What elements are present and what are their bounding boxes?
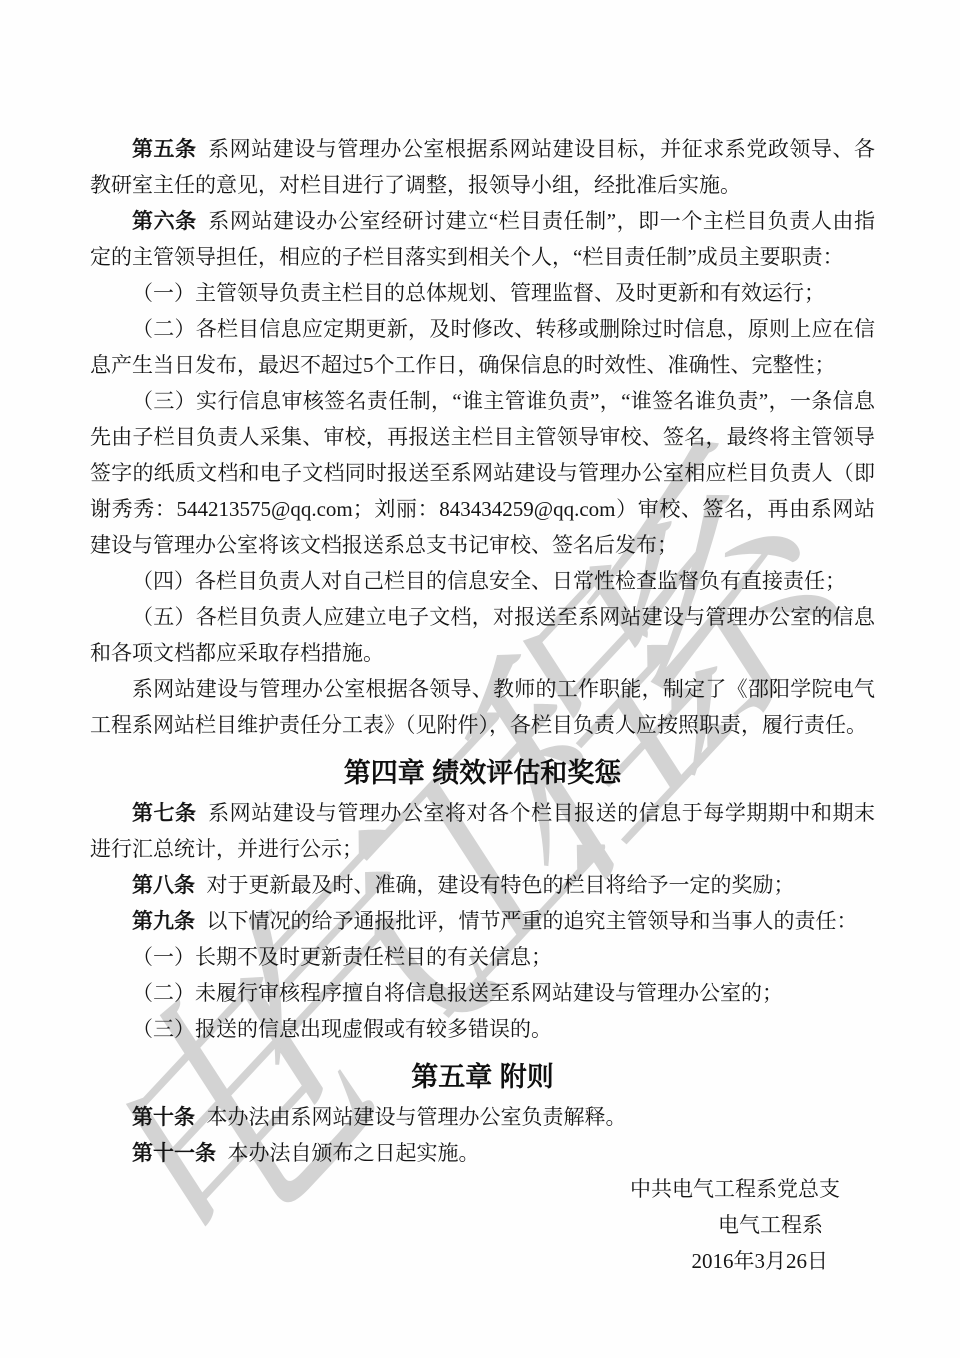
article-number: 第五条 (132, 137, 197, 161)
paragraph: 第五条系网站建设与管理办公室根据系网站建设目标，并征求系党政领导、各教研室主任的… (90, 131, 875, 203)
paragraph-text: 对于更新最及时、准确，建设有特色的栏目将给予一定的奖励； (207, 873, 795, 897)
paragraph-text: 系网站建设办公室经研讨建立“栏目责任制”，即一个主栏目负责人由指定的主管领导担任… (90, 209, 875, 269)
paragraph-text: （三）实行信息审核签名责任制，“谁主管谁负责”，“谁签名谁负责”，一条信息先由子… (90, 389, 875, 557)
paragraph: （五）各栏目负责人应建立电子文档，对报送至系网站建设与管理办公室的信息和各项文档… (90, 599, 875, 671)
paragraph-text: （一）长期不及时更新责任栏目的有关信息； (132, 945, 552, 969)
paragraph: 第十条本办法由系网站建设与管理办公室负责解释。 (90, 1099, 875, 1135)
paragraph: （二）各栏目信息应定期更新，及时修改、转移或删除过时信息，原则上应在信息产生当日… (90, 311, 875, 383)
paragraph: （三）报送的信息出现虚假或有较多错误的。 (90, 1011, 875, 1047)
paragraph: （二）未履行审核程序擅自将信息报送至系网站建设与管理办公室的； (90, 975, 875, 1011)
paragraph: 第十一条本办法自颁布之日起实施。 (90, 1135, 875, 1171)
paragraph-text: 本办法由系网站建设与管理办公室负责解释。 (207, 1105, 627, 1129)
paragraph: （一）主管领导负责主栏目的总体规划、管理监督、及时更新和有效运行； (90, 275, 875, 311)
paragraph-text: 系网站建设与管理办公室根据系网站建设目标，并征求系党政领导、各教研室主任的意见，… (90, 137, 875, 197)
article-number: 第八条 (132, 873, 195, 897)
paragraph: （一）长期不及时更新责任栏目的有关信息； (90, 939, 875, 975)
paragraph: 第八条对于更新最及时、准确，建设有特色的栏目将给予一定的奖励； (90, 867, 875, 903)
paragraph-text: 本办法自颁布之日起实施。 (228, 1141, 480, 1165)
chapter-heading: 第四章 绩效评估和奖惩 (90, 751, 875, 795)
article-number: 第九条 (132, 909, 195, 933)
paragraph: （三）实行信息审核签名责任制，“谁主管谁负责”，“谁签名谁负责”，一条信息先由子… (90, 383, 875, 563)
paragraph: 第六条系网站建设办公室经研讨建立“栏目责任制”，即一个主栏目负责人由指定的主管领… (90, 203, 875, 275)
signature-line: 中共电气工程系党总支 (90, 1171, 875, 1207)
paragraph: （四）各栏目负责人对自己栏目的信息安全、日常性检查监督负有直接责任； (90, 563, 875, 599)
article-number: 第六条 (132, 209, 197, 233)
article-number: 第七条 (132, 801, 197, 825)
chapter-heading: 第五章 附则 (90, 1055, 875, 1099)
document-content: 第五条系网站建设与管理办公室根据系网站建设目标，并征求系党政领导、各教研室主任的… (90, 131, 875, 1279)
article-number: 第十一条 (132, 1141, 216, 1165)
paragraph-text: 系网站建设与管理办公室根据各领导、教师的工作职能，制定了《邵阳学院电气工程系网站… (90, 677, 875, 737)
article-number: 第十条 (132, 1105, 195, 1129)
paragraph-text: （一）主管领导负责主栏目的总体规划、管理监督、及时更新和有效运行； (132, 281, 825, 305)
paragraph-text: 系网站建设与管理办公室将对各个栏目报送的信息于每学期期中和期末进行汇总统计，并进… (90, 801, 875, 861)
paragraph-text: （二）未履行审核程序擅自将信息报送至系网站建设与管理办公室的； (132, 981, 783, 1005)
paragraph: 系网站建设与管理办公室根据各领导、教师的工作职能，制定了《邵阳学院电气工程系网站… (90, 671, 875, 743)
paragraph-text: （二）各栏目信息应定期更新，及时修改、转移或删除过时信息，原则上应在信息产生当日… (90, 317, 875, 377)
document-page: 电气工程系 第五条系网站建设与管理办公室根据系网站建设目标，并征求系党政领导、各… (0, 0, 960, 1358)
paragraph-text: 以下情况的给予通报批评，情节严重的追究主管领导和当事人的责任： (207, 909, 858, 933)
paragraph-text: （三）报送的信息出现虚假或有较多错误的。 (132, 1017, 552, 1041)
paragraph: 第九条以下情况的给予通报批评，情节严重的追究主管领导和当事人的责任： (90, 903, 875, 939)
signature-line: 电气工程系 (90, 1207, 875, 1243)
signature-line: 2016年3月26日 (90, 1243, 875, 1279)
paragraph: 第七条系网站建设与管理办公室将对各个栏目报送的信息于每学期期中和期末进行汇总统计… (90, 795, 875, 867)
paragraph-text: （四）各栏目负责人对自己栏目的信息安全、日常性检查监督负有直接责任； (132, 569, 846, 593)
paragraph-text: （五）各栏目负责人应建立电子文档，对报送至系网站建设与管理办公室的信息和各项文档… (90, 605, 875, 665)
